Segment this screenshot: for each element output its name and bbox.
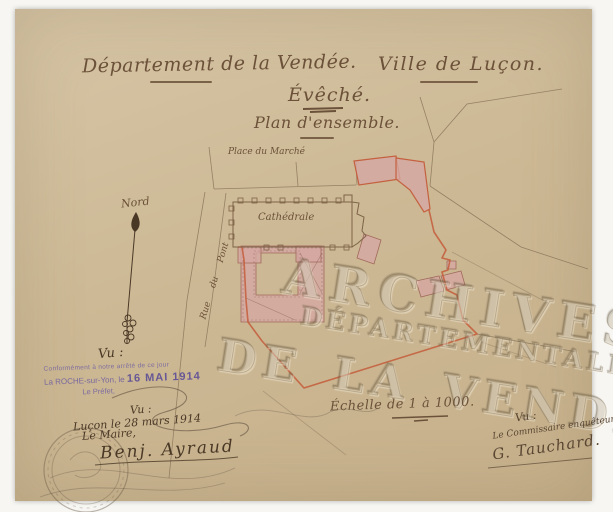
department-title-underline [150, 81, 212, 83]
subject-title-flourish [303, 108, 343, 112]
north-arrow [123, 212, 140, 344]
prefect-vu-note: Vu : [97, 345, 124, 362]
north-wing-arm [396, 158, 430, 212]
plan-title-underline [300, 137, 334, 139]
scanned-plan-page: ARCHIVES DÉPARTEMENTALES DE LA VENDÉE Dé… [0, 0, 613, 512]
subject-title: Évêché. [288, 84, 371, 106]
prefecture-stamp: Conformément à notre arrêté de ce jour L… [43, 360, 201, 397]
city-title: Ville de Luçon. [378, 53, 544, 75]
cathedral-label: Cathédrale [258, 212, 314, 223]
stamp-place-prefix: La ROCHE-sur-Yon, le [44, 375, 125, 387]
north-wing-building [354, 156, 400, 185]
scale-underline [392, 416, 448, 421]
city-title-underline [420, 81, 478, 83]
plan-title: Plan d'ensemble. [254, 113, 400, 132]
place-du-marche-label: Place du Marché [228, 147, 305, 157]
